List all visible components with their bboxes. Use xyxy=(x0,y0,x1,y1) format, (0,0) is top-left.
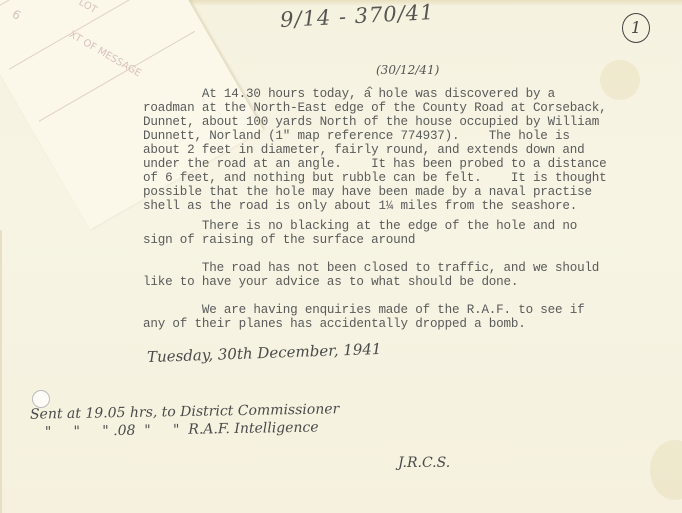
paragraph-road-traffic: The road has not been closed to traffic,… xyxy=(143,261,673,289)
paper-stain xyxy=(650,440,682,500)
handwritten-date-annotation: (30/12/41) xyxy=(376,63,439,77)
paper-left-edge xyxy=(0,230,2,513)
form-text-fragment: 6 xyxy=(10,7,24,23)
page-number: 1 xyxy=(622,13,650,43)
paragraph-no-blacking: There is no blacking at the edge of the … xyxy=(143,219,673,247)
document-page: SE FO LOT XT OF MESSAGE 6 9/14 - 370/41 … xyxy=(0,0,682,513)
paragraph-incident: At 14.30 hours today, a hole was discove… xyxy=(143,87,673,213)
handwritten-note-raf: " " " .08 " " R.A.F. Intelligence xyxy=(36,420,319,441)
signature-initials: J.R.C.S. xyxy=(398,455,450,471)
paragraph-raf-enquiries: We are having enquiries made of the R.A.… xyxy=(143,303,673,331)
form-text-fragment: LOT xyxy=(77,0,99,16)
punch-hole xyxy=(32,390,50,408)
handwritten-date: Tuesday, 30th December, 1941 xyxy=(147,340,382,366)
form-text-fragment: XT OF MESSAGE xyxy=(67,29,143,79)
